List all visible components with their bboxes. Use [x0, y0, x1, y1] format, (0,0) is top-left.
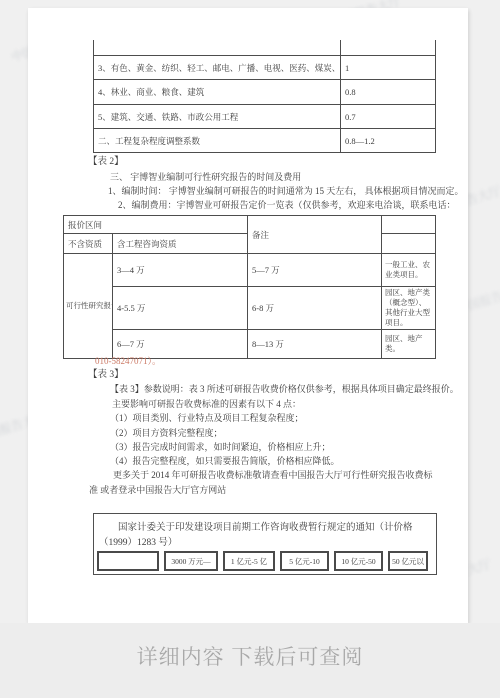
more-info-line: 更多关于 2014 年可研报告收费标准敬请查看中国报告大厅可行性研究报告收费标	[113, 470, 433, 481]
table-row: 6—7 万 8—13 万 园区、地产类。	[64, 330, 436, 359]
factor-item: （2）项目方资料完整程度；	[110, 428, 223, 439]
notice-title-line1: 国家计委关于印发建设项目前期工作咨询收费暂行规定的通知（计价格	[118, 519, 413, 533]
table-row: 4-5.5 万 6-8 万 园区、地产类（概念型）、其他行业大型项目。	[64, 287, 436, 330]
price-no-qual-cell: 6—7 万	[113, 330, 248, 359]
price-header-with-qualification: 含工程咨询资质	[113, 234, 248, 254]
price-header-quote-range: 报价区间	[64, 216, 248, 234]
footer-bar: 详细内容 下载后可查阅	[0, 623, 500, 698]
table-row: 4、林业、商业、粮食、建筑 0.8	[94, 80, 436, 105]
paragraph-fee: 2、编制费用：宇博智业可研报告定价一览表（仅供参考，欢迎来电洽谈，联系电话：	[118, 200, 456, 211]
footer-caption: 详细内容 下载后可查阅	[0, 641, 500, 671]
coefficient-value-cell: 0.8	[341, 80, 436, 105]
price-remark-cell: 一般工业、农业类项目。	[382, 254, 436, 287]
table-row	[94, 40, 436, 56]
industry-coefficient-table: 3、有色、黄金、纺织、轻工、邮电、广播、电视、医药、煤炭、火电、机械 1 4、林…	[93, 40, 436, 153]
factors-intro: 主要影响可研报告收费标准的因素有以下 4 点：	[112, 399, 301, 410]
coefficient-value-cell	[341, 40, 436, 56]
coefficient-label-cell: 3、有色、黄金、纺织、轻工、邮电、广播、电视、医药、煤炭、火电、机械	[94, 56, 341, 80]
price-header-no-qualification: 不含资质	[64, 234, 113, 254]
factor-item: （3）报告完成时间需求，如时间紧迫，价格相应上升；	[110, 442, 331, 453]
price-with-qual-cell: 5—7 万	[248, 254, 382, 287]
coefficient-value-cell: 0.8—1.2	[341, 129, 436, 153]
coefficient-label-cell: 5、建筑、交通、铁路、市政公用工程	[94, 105, 341, 129]
factor-item: （4）报告完整程度，如只需要报告简版，价格相应降低。	[110, 456, 340, 467]
price-with-qual-cell: 8—13 万	[248, 330, 382, 359]
table-row: 3、有色、黄金、纺织、轻工、邮电、广播、电视、医药、煤炭、火电、机械 1	[94, 56, 436, 80]
investment-range-cell: 50 亿元以	[388, 551, 428, 571]
coefficient-value-cell: 1	[341, 56, 436, 80]
more-info-line: 准 或者登录中国报告大厅官方网站	[89, 485, 226, 496]
phone-number-line: 010-58247071）。	[95, 356, 161, 367]
coefficient-label-cell: 4、林业、商业、粮食、建筑	[94, 80, 341, 105]
factor-item: （1）项目类别、行业特点及项目工程复杂程度；	[110, 413, 304, 424]
price-remark-cell: 园区、地产类（概念型）、其他行业大型项目。	[382, 287, 436, 330]
coefficient-value-cell: 0.7	[341, 105, 436, 129]
notice-box: 国家计委关于印发建设项目前期工作咨询收费暂行规定的通知（计价格 （1999）12…	[93, 513, 437, 575]
table-row: 5、建筑、交通、铁路、市政公用工程 0.7	[94, 105, 436, 129]
paragraph-time: 1、编制时间： 宇博智业编制可研报告的时间通常为 15 天左右， 具体根据项目情…	[108, 186, 464, 197]
investment-range-cell: 1 亿元-5 亿	[223, 551, 275, 571]
table3-tag: 【表 3】	[88, 370, 124, 381]
investment-range-cell: 3000 万元—	[164, 551, 218, 571]
table3-note: 【表 3】参数说明：表 3 所述可研报告收费价格仅供参考，根据具体项目确定最终报…	[110, 384, 459, 395]
table-row: 二、工程复杂程度调整系数 0.8—1.2	[94, 129, 436, 153]
price-with-qual-cell: 6-8 万	[248, 287, 382, 330]
price-header-empty	[382, 234, 436, 254]
coefficient-label-cell	[94, 40, 341, 56]
price-header-remark: 备注	[248, 216, 382, 254]
section-heading: 三、 宇博智业编制可行性研究报告的时间及费用	[110, 172, 301, 183]
table-row: 报价区间 备注	[64, 216, 436, 234]
investment-range-row: 3000 万元— 1 亿元-5 亿 5 亿元-10 10 亿元-50 50 亿元…	[97, 551, 433, 571]
document-page: 3、有色、黄金、纺织、轻工、邮电、广播、电视、医药、煤炭、火电、机械 1 4、林…	[28, 8, 468, 623]
notice-title-line2: （1999）1283 号）	[99, 534, 177, 548]
investment-range-cell	[97, 551, 159, 571]
price-header-empty	[382, 216, 436, 234]
price-no-qual-cell: 4-5.5 万	[113, 287, 248, 330]
investment-range-cell: 10 亿元-50	[334, 551, 383, 571]
price-table: 报价区间 备注 不含资质 含工程咨询资质 可行性研究报告 3—4 万 5—7 万…	[63, 215, 436, 359]
table-row: 可行性研究报告 3—4 万 5—7 万 一般工业、农业类项目。	[64, 254, 436, 287]
price-category-cell: 可行性研究报告	[64, 254, 113, 359]
table2-tag: 【表 2】	[88, 157, 124, 168]
price-no-qual-cell: 3—4 万	[113, 254, 248, 287]
coefficient-label-cell: 二、工程复杂程度调整系数	[94, 129, 341, 153]
price-remark-cell: 园区、地产类。	[382, 330, 436, 359]
investment-range-cell: 5 亿元-10	[280, 551, 329, 571]
